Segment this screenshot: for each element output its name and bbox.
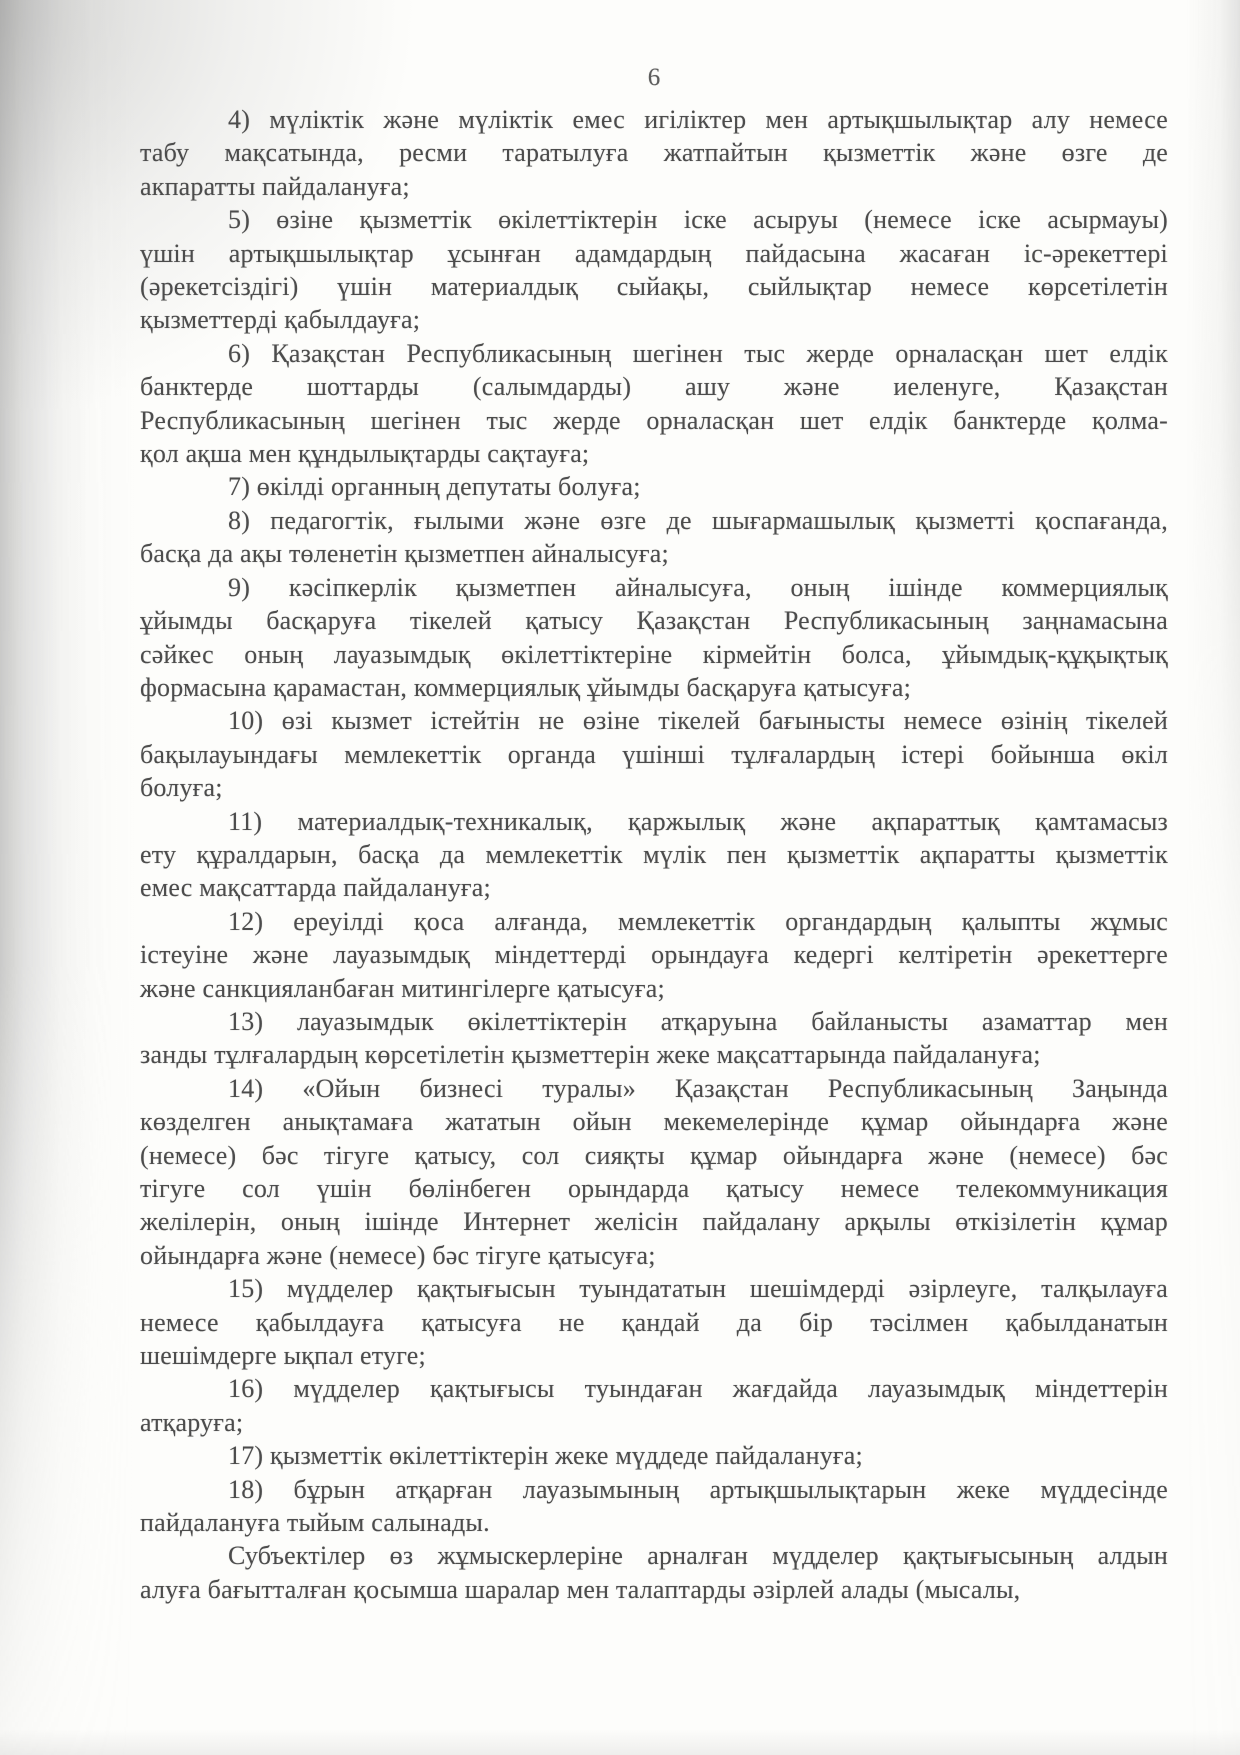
paragraph: 4) мүліктік және мүліктік емес игіліктер… xyxy=(140,103,1168,203)
text-line: сәйкес оның лауазымдық өкілеттіктеріне к… xyxy=(140,638,1168,671)
text-line: 18) бұрын атқарған лауазымының артықшылы… xyxy=(140,1473,1168,1506)
text-line: емес мақсаттарда пайдалануға; xyxy=(140,871,1168,904)
text-line: 11) материалдық-техникалық, қаржылық жән… xyxy=(140,805,1168,838)
paragraph: Субъектілер өз жұмыскерлеріне арналған м… xyxy=(140,1539,1168,1606)
paragraph: 7) өкілді органның депутаты болуға; xyxy=(140,470,1168,503)
text-line: және санкцияланбаған митингілерге қатысу… xyxy=(140,972,1168,1005)
text-line: қол ақша мен құндылықтарды сақтауға; xyxy=(140,437,1168,470)
paragraph: 10) өзі кызмет істейтін не өзіне тікелей… xyxy=(140,704,1168,804)
text-line: қызметтерді қабылдауға; xyxy=(140,303,1168,336)
text-line: желілерін, оның ішінде Интернет желісін … xyxy=(140,1205,1168,1238)
text-line: пайдалануға тыйым салынады. xyxy=(140,1506,1168,1539)
text-line: 7) өкілді органның депутаты болуға; xyxy=(140,470,1168,503)
paragraph: 17) қызметтік өкілеттіктерін жеке мүддед… xyxy=(140,1439,1168,1472)
scan-shadow-bottom xyxy=(0,1729,1240,1755)
text-line: банктерде шоттарды (салымдарды) ашу және… xyxy=(140,370,1168,403)
text-line: 12) ереуілді қоса алғанда, мемлекеттік о… xyxy=(140,905,1168,938)
text-line: істеуіне және лауазымдық міндеттерді оры… xyxy=(140,938,1168,971)
text-line: формасына қарамастан, коммерциялық ұйымд… xyxy=(140,671,1168,704)
text-line: шешімдерге ықпал етуге; xyxy=(140,1339,1168,1372)
text-line: көзделген анықтамаға жататын ойын мекеме… xyxy=(140,1105,1168,1138)
text-line: акпаратты пайдалануға; xyxy=(140,170,1168,203)
text-line: ұйымды басқаруға тікелей қатысу Қазақста… xyxy=(140,604,1168,637)
paragraph: 14) «Ойын бизнесі туралы» Қазақстан Респ… xyxy=(140,1072,1168,1272)
paragraph: 11) материалдық-техникалық, қаржылық жән… xyxy=(140,805,1168,905)
text-line: ойындарға және (немесе) бәс тігуге қатыс… xyxy=(140,1239,1168,1272)
text-line: немесе қабылдауға қатысуға не қандай да … xyxy=(140,1306,1168,1339)
text-line: 5) өзіне қызметтік өкілеттіктерін іске а… xyxy=(140,203,1168,236)
text-line: 15) мүдделер қақтығысын туындататын шеші… xyxy=(140,1272,1168,1305)
paragraph: 16) мүдделер қақтығысы туындаған жағдайд… xyxy=(140,1372,1168,1439)
paragraph: 9) кәсіпкерлік қызметпен айналысуға, оны… xyxy=(140,571,1168,705)
text-line: табу мақсатында, ресми таратылуға жатпай… xyxy=(140,136,1168,169)
text-line: бақылауындағы мемлекеттік органда үшінші… xyxy=(140,738,1168,771)
text-line: 10) өзі кызмет істейтін не өзіне тікелей… xyxy=(140,704,1168,737)
paragraph: 18) бұрын атқарған лауазымының артықшылы… xyxy=(140,1473,1168,1540)
paragraph: 6) Қазақстан Республикасының шегінен тыс… xyxy=(140,337,1168,471)
text-line: тігуге сол үшін бөлінбеген орындарда қат… xyxy=(140,1172,1168,1205)
text-line: 13) лауазымдык өкілеттіктерін атқаруына … xyxy=(140,1005,1168,1038)
text-line: (немесе) бәс тігуге қатысу, сол сияқты қ… xyxy=(140,1139,1168,1172)
text-line: ету құралдарын, басқа да мемлекеттік мүл… xyxy=(140,838,1168,871)
scan-shadow-right xyxy=(1180,0,1240,1755)
text-line: (әрекетсіздігі) үшін материалдық сыйақы,… xyxy=(140,270,1168,303)
text-line: 16) мүдделер қақтығысы туындаған жағдайд… xyxy=(140,1372,1168,1405)
text-line: 8) педагогтік, ғылыми және өзге де шығар… xyxy=(140,504,1168,537)
scan-shadow-left xyxy=(0,0,140,1755)
document-page: 6 4) мүліктік және мүліктік емес игілікт… xyxy=(0,0,1240,1755)
text-line: 9) кәсіпкерлік қызметпен айналысуға, оны… xyxy=(140,571,1168,604)
text-line: басқа да ақы төленетін қызметпен айналыс… xyxy=(140,537,1168,570)
paragraph: 5) өзіне қызметтік өкілеттіктерін іске а… xyxy=(140,203,1168,337)
paragraph: 15) мүдделер қақтығысын туындататын шеші… xyxy=(140,1272,1168,1372)
paragraph: 12) ереуілді қоса алғанда, мемлекеттік о… xyxy=(140,905,1168,1005)
text-line: 14) «Ойын бизнесі туралы» Қазақстан Респ… xyxy=(140,1072,1168,1105)
text-line: Республикасының шегінен тыс жерде орнала… xyxy=(140,404,1168,437)
text-line: атқаруға; xyxy=(140,1406,1168,1439)
page-number: 6 xyxy=(140,64,1168,92)
paragraph: 8) педагогтік, ғылыми және өзге де шығар… xyxy=(140,504,1168,571)
text-line: алуға бағытталған қосымша шаралар мен та… xyxy=(140,1573,1168,1606)
text-line: Субъектілер өз жұмыскерлеріне арналған м… xyxy=(140,1539,1168,1572)
text-line: болуға; xyxy=(140,771,1168,804)
text-line: 17) қызметтік өкілеттіктерін жеке мүддед… xyxy=(140,1439,1168,1472)
text-line: занды тұлғалардың көрсетілетін қызметтер… xyxy=(140,1038,1168,1071)
text-line: үшін артықшылықтар ұсынған адамдардың па… xyxy=(140,237,1168,270)
text-line: 4) мүліктік және мүліктік емес игіліктер… xyxy=(140,103,1168,136)
document-body: 4) мүліктік және мүліктік емес игіліктер… xyxy=(140,103,1168,1606)
text-line: 6) Қазақстан Республикасының шегінен тыс… xyxy=(140,337,1168,370)
paragraph: 13) лауазымдык өкілеттіктерін атқаруына … xyxy=(140,1005,1168,1072)
